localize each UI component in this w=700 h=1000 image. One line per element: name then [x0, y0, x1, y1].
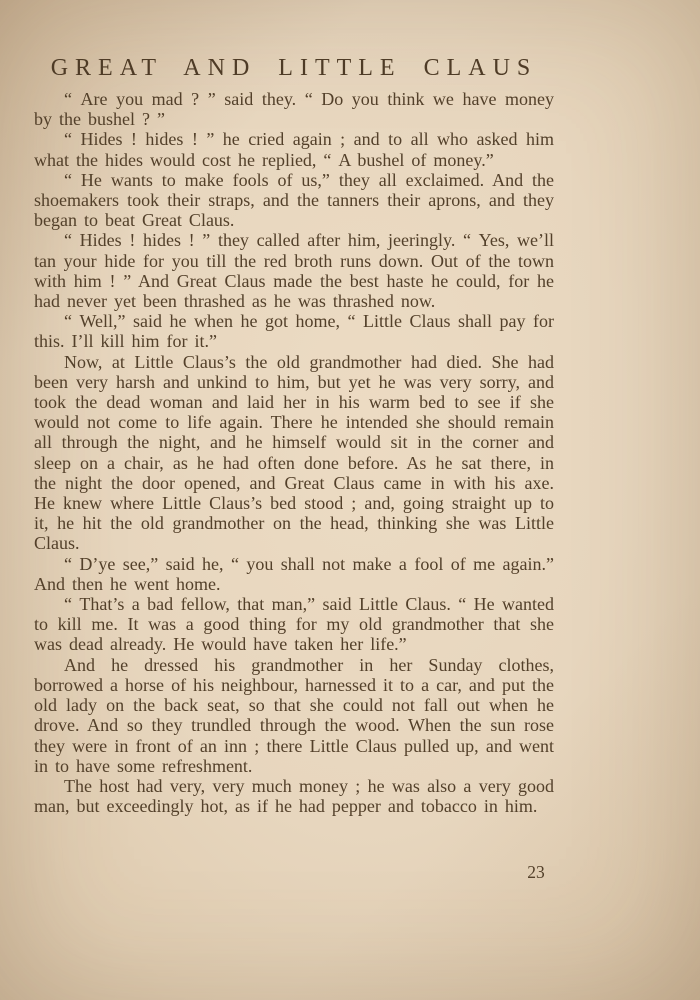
story-text: “ Are you mad ? ” said they. “ Do you th…: [34, 89, 554, 816]
paragraph: Now, at Little Claus’s the old grandmoth…: [34, 352, 554, 554]
paragraph: “ Well,” said he when he got home, “ Lit…: [34, 311, 554, 351]
paragraph: “ Hides ! hides ! ” he cried again ; and…: [34, 129, 554, 169]
paragraph: The host had very, very much money ; he …: [34, 776, 554, 816]
page-title: GREAT AND LITTLE CLAUS: [34, 56, 554, 80]
paragraph: “ That’s a bad fellow, that man,” said L…: [34, 594, 554, 655]
paragraph: And he dressed his grandmother in her Su…: [34, 655, 554, 776]
paragraph: “ He wants to make fools of us,” they al…: [34, 170, 554, 231]
book-page: GREAT AND LITTLE CLAUS “ Are you mad ? ”…: [0, 0, 700, 1000]
page-number: 23: [524, 862, 548, 883]
paragraph: “ Are you mad ? ” said they. “ Do you th…: [34, 89, 554, 129]
paragraph: “ D’ye see,” said he, “ you shall not ma…: [34, 554, 554, 594]
paragraph: “ Hides ! hides ! ” they called after hi…: [34, 230, 554, 311]
